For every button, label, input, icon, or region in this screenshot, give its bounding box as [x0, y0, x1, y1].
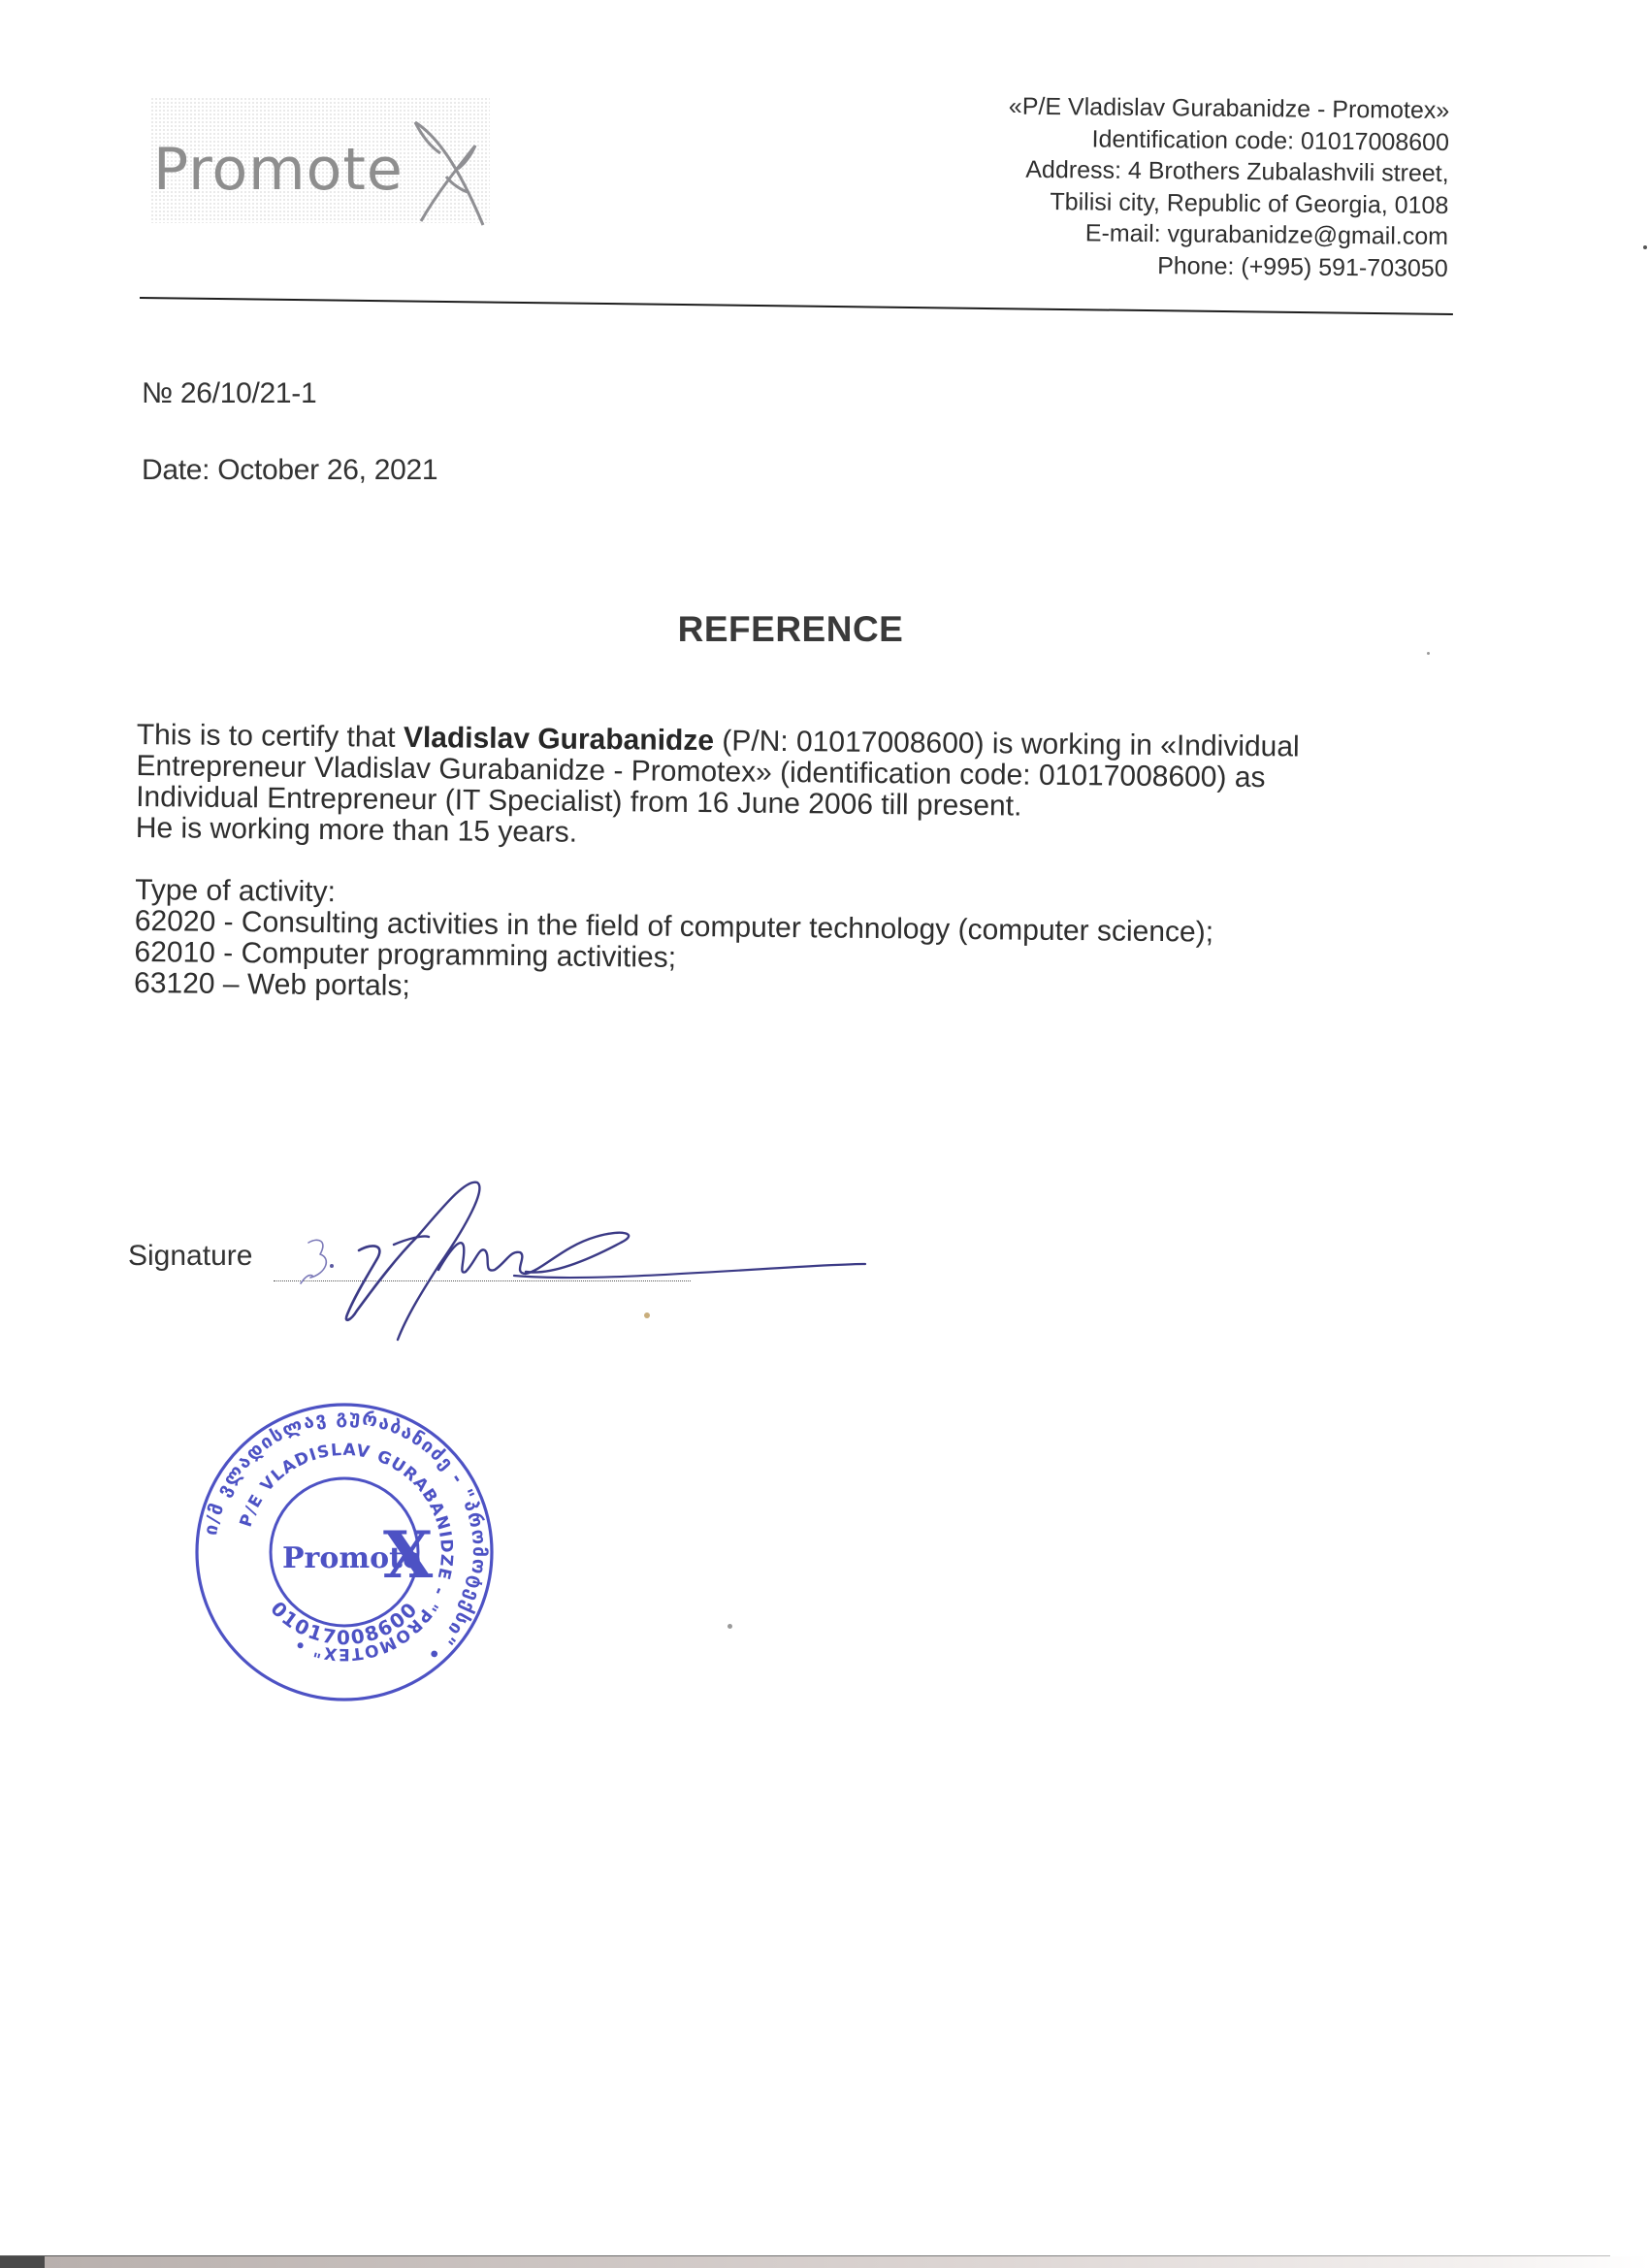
logo-wordmark: Promote — [153, 136, 404, 204]
handwritten-signature — [272, 1169, 873, 1363]
header-company-name: «P/E Vladislav Gurabanidze - Promotex» — [1008, 91, 1449, 127]
document-date: Date: October 26, 2021 — [142, 454, 437, 487]
company-logo: Promote — [145, 87, 495, 233]
header-identification-code: Identification code: 01017008600 — [1008, 122, 1449, 158]
employee-name: Vladislav Gurabanidze — [404, 722, 714, 757]
header-address-line-2: Tbilisi city, Republic of Georgia, 0108 — [1007, 185, 1448, 221]
body-line-1-prefix: This is to certify that — [137, 719, 404, 754]
signature-label: Signature — [128, 1240, 252, 1273]
header-divider — [140, 297, 1453, 315]
company-seal-stamp: ი/მ ვლადისლავ გურაბანიძე - "პრომოტექსი" … — [189, 1397, 500, 1707]
scan-speck — [1643, 245, 1647, 249]
header-phone: Phone: (+995) 591-703050 — [1007, 248, 1448, 284]
scan-speck — [727, 1624, 732, 1629]
document-title: REFERENCE — [0, 609, 1581, 650]
header-address-line-1: Address: 4 Brothers Zubalashvili street, — [1008, 154, 1449, 190]
scan-speck — [1427, 652, 1430, 655]
promotex-x-logo-icon — [407, 116, 495, 233]
stamp-x-mark-icon: X — [383, 1517, 434, 1593]
scan-bottom-edge — [0, 2256, 1649, 2268]
document-number: № 26/10/21-1 — [142, 377, 316, 410]
header-email: E-mail: vgurabanidze@gmail.com — [1007, 217, 1448, 253]
company-header: «P/E Vladislav Gurabanidze - Promotex» I… — [1007, 91, 1449, 284]
document-body: This is to certify that Vladislav Guraba… — [134, 720, 1514, 1014]
scan-speck — [644, 1312, 650, 1318]
